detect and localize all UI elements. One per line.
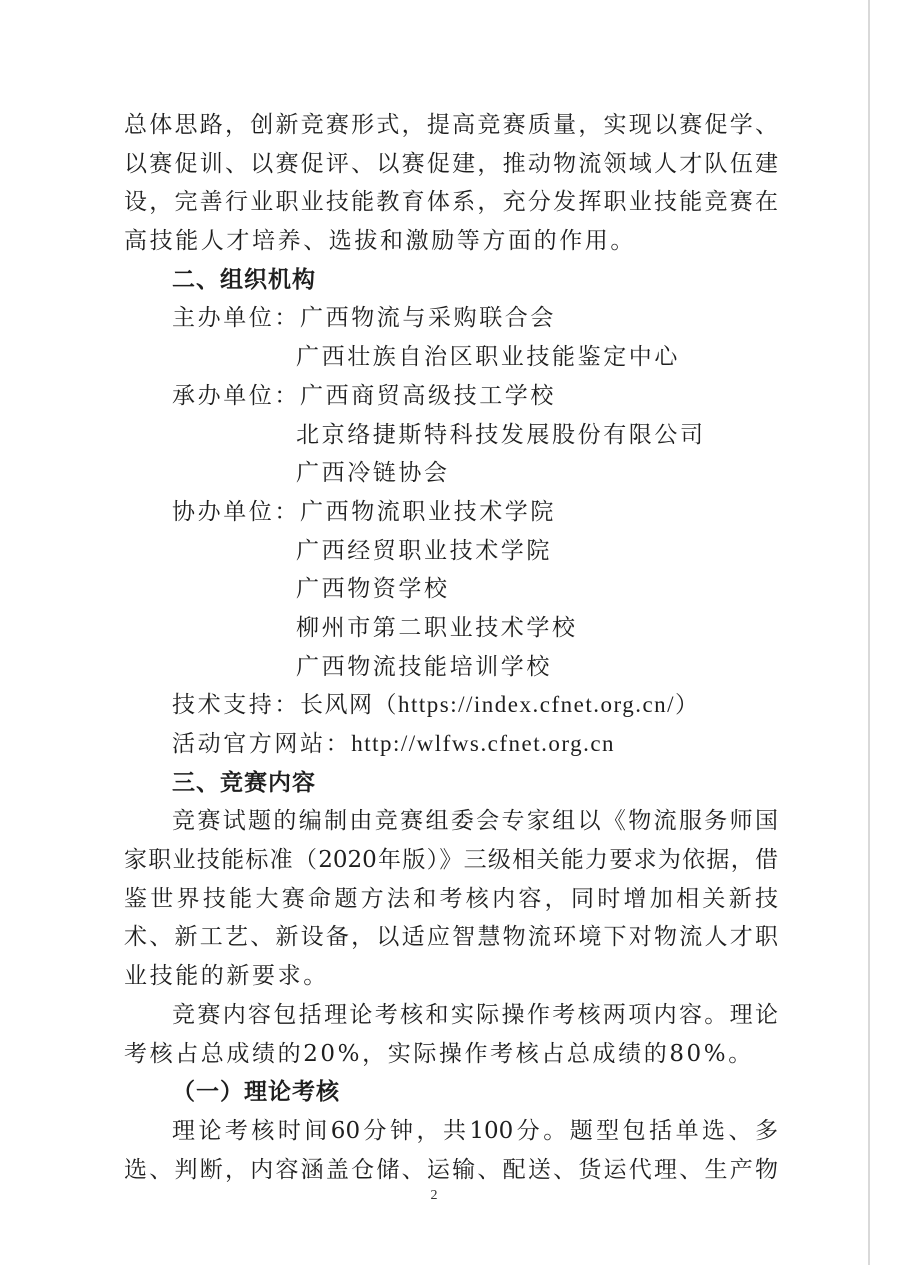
co-organizer-item: 广西物流职业技术学院 xyxy=(300,499,556,525)
official-site-link[interactable]: http://wlfws.cfnet.org.cn xyxy=(351,731,615,756)
undertaker-item: 广西冷链协会 xyxy=(124,454,778,493)
paragraph-line: 设，完善行业职业技能教育体系，充分发挥职业技能竞赛在 xyxy=(124,183,778,222)
page-edge-divider xyxy=(868,0,870,1265)
paragraph-line: 理论考核时间60分钟，共100分。题型包括单选、多 xyxy=(124,1112,778,1151)
tech-support-link[interactable]: 长风网（https://index.cfnet.org.cn/） xyxy=(300,692,700,717)
content-paragraph-2: 竞赛内容包括理论考核和实际操作考核两项内容。理论 考核占总成绩的20%，实际操作… xyxy=(124,996,778,1073)
undertaker-item: 广西商贸高级技工学校 xyxy=(300,383,556,409)
tech-support-label: 技术支持： xyxy=(172,692,300,718)
organizers-row: 主办单位：广西物流与采购联合会 xyxy=(124,299,778,338)
undertakers-row: 承办单位：广西商贸高级技工学校 xyxy=(124,377,778,416)
organizer-item: 广西壮族自治区职业技能鉴定中心 xyxy=(124,338,778,377)
official-site-label: 活动官方网站： xyxy=(172,731,351,757)
paragraph-line: 竞赛内容包括理论考核和实际操作考核两项内容。理论 xyxy=(124,996,778,1035)
paragraph-line: 以赛促训、以赛促评、以赛促建，推动物流领域人才队伍建 xyxy=(124,145,778,184)
co-organizers-label: 协办单位： xyxy=(172,499,300,525)
paragraph-line: 竞赛试题的编制由竞赛组委会专家组以《物流服务师国 xyxy=(124,802,778,841)
paragraph-line: 业技能的新要求。 xyxy=(124,957,778,996)
document-page: 总体思路，创新竞赛形式，提高竞赛质量，实现以赛促学、 以赛促训、以赛促评、以赛促… xyxy=(0,0,868,1265)
tech-support-row: 技术支持：长风网（https://index.cfnet.org.cn/） xyxy=(124,686,778,725)
paragraph-line: 总体思路，创新竞赛形式，提高竞赛质量，实现以赛促学、 xyxy=(124,106,778,145)
undertakers-label: 承办单位： xyxy=(172,383,300,409)
section-heading-content: 三、竞赛内容 xyxy=(124,764,778,803)
co-organizer-item: 柳州市第二职业技术学校 xyxy=(124,609,778,648)
page-number: 2 xyxy=(0,1188,868,1204)
co-organizer-item: 广西物流技能培训学校 xyxy=(124,648,778,687)
page-content: 总体思路，创新竞赛形式，提高竞赛质量，实现以赛促学、 以赛促训、以赛促评、以赛促… xyxy=(124,106,778,1189)
official-site-row: 活动官方网站：http://wlfws.cfnet.org.cn xyxy=(124,725,778,764)
paragraph-line: 术、新工艺、新设备，以适应智慧物流环境下对物流人才职 xyxy=(124,918,778,957)
subsection-heading-theory: （一）理论考核 xyxy=(124,1073,778,1112)
co-organizers-row: 协办单位：广西物流职业技术学院 xyxy=(124,493,778,532)
co-organizer-item: 广西物资学校 xyxy=(124,570,778,609)
paragraph-line: 考核占总成绩的20%，实际操作考核占总成绩的80%。 xyxy=(124,1035,778,1074)
co-organizer-item: 广西经贸职业技术学院 xyxy=(124,532,778,571)
theory-paragraph: 理论考核时间60分钟，共100分。题型包括单选、多 选、判断，内容涵盖仓储、运输… xyxy=(124,1112,778,1189)
paragraph-line: 鉴世界技能大赛命题方法和考核内容，同时增加相关新技 xyxy=(124,880,778,919)
intro-paragraph: 总体思路，创新竞赛形式，提高竞赛质量，实现以赛促学、 以赛促训、以赛促评、以赛促… xyxy=(124,106,778,261)
content-paragraph-1: 竞赛试题的编制由竞赛组委会专家组以《物流服务师国 家职业技能标准（2020年版）… xyxy=(124,802,778,995)
organizer-item: 广西物流与采购联合会 xyxy=(300,305,556,331)
paragraph-line: 家职业技能标准（2020年版）》三级相关能力要求为依据，借 xyxy=(124,841,778,880)
undertaker-item: 北京络捷斯特科技发展股份有限公司 xyxy=(124,416,778,455)
paragraph-line: 选、判断，内容涵盖仓储、运输、配送、货运代理、生产物 xyxy=(124,1151,778,1190)
co-organizers-block: 协办单位：广西物流职业技术学院 广西经贸职业技术学院 广西物资学校 柳州市第二职… xyxy=(124,493,778,686)
organizers-label: 主办单位： xyxy=(172,305,300,331)
organizers-block: 主办单位：广西物流与采购联合会 广西壮族自治区职业技能鉴定中心 xyxy=(124,299,778,376)
section-heading-organization: 二、组织机构 xyxy=(124,261,778,300)
undertakers-block: 承办单位：广西商贸高级技工学校 北京络捷斯特科技发展股份有限公司 广西冷链协会 xyxy=(124,377,778,493)
paragraph-line: 高技能人才培养、选拔和激励等方面的作用。 xyxy=(124,222,778,261)
